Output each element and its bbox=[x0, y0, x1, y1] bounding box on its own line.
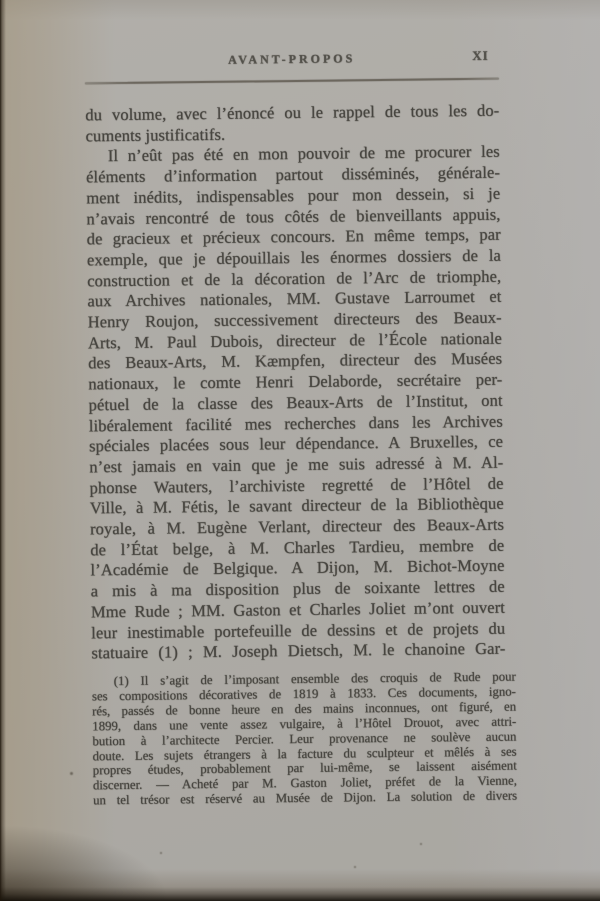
text-line: statuaire (1) ; M. Joseph Dietsch, M. le… bbox=[91, 639, 505, 664]
running-header-title: AVANT-PROPOS bbox=[85, 50, 499, 70]
photo-speck bbox=[420, 843, 422, 845]
header-rule bbox=[85, 78, 499, 85]
photo-speck bbox=[160, 852, 162, 854]
footnote: (1) Il s’agit de l’imposant ensemble des… bbox=[92, 670, 517, 809]
photo-speck bbox=[354, 866, 356, 868]
body-text: du volume, avec l’énoncé ou le rappel de… bbox=[85, 101, 505, 665]
page-content: AVANT-PROPOS XI du volume, avec l’énoncé… bbox=[85, 44, 508, 809]
running-header: AVANT-PROPOS XI bbox=[85, 50, 499, 70]
photo-speck bbox=[70, 772, 73, 775]
book-page-photo: AVANT-PROPOS XI du volume, avec l’énoncé… bbox=[0, 0, 600, 901]
page-number: XI bbox=[472, 48, 489, 64]
